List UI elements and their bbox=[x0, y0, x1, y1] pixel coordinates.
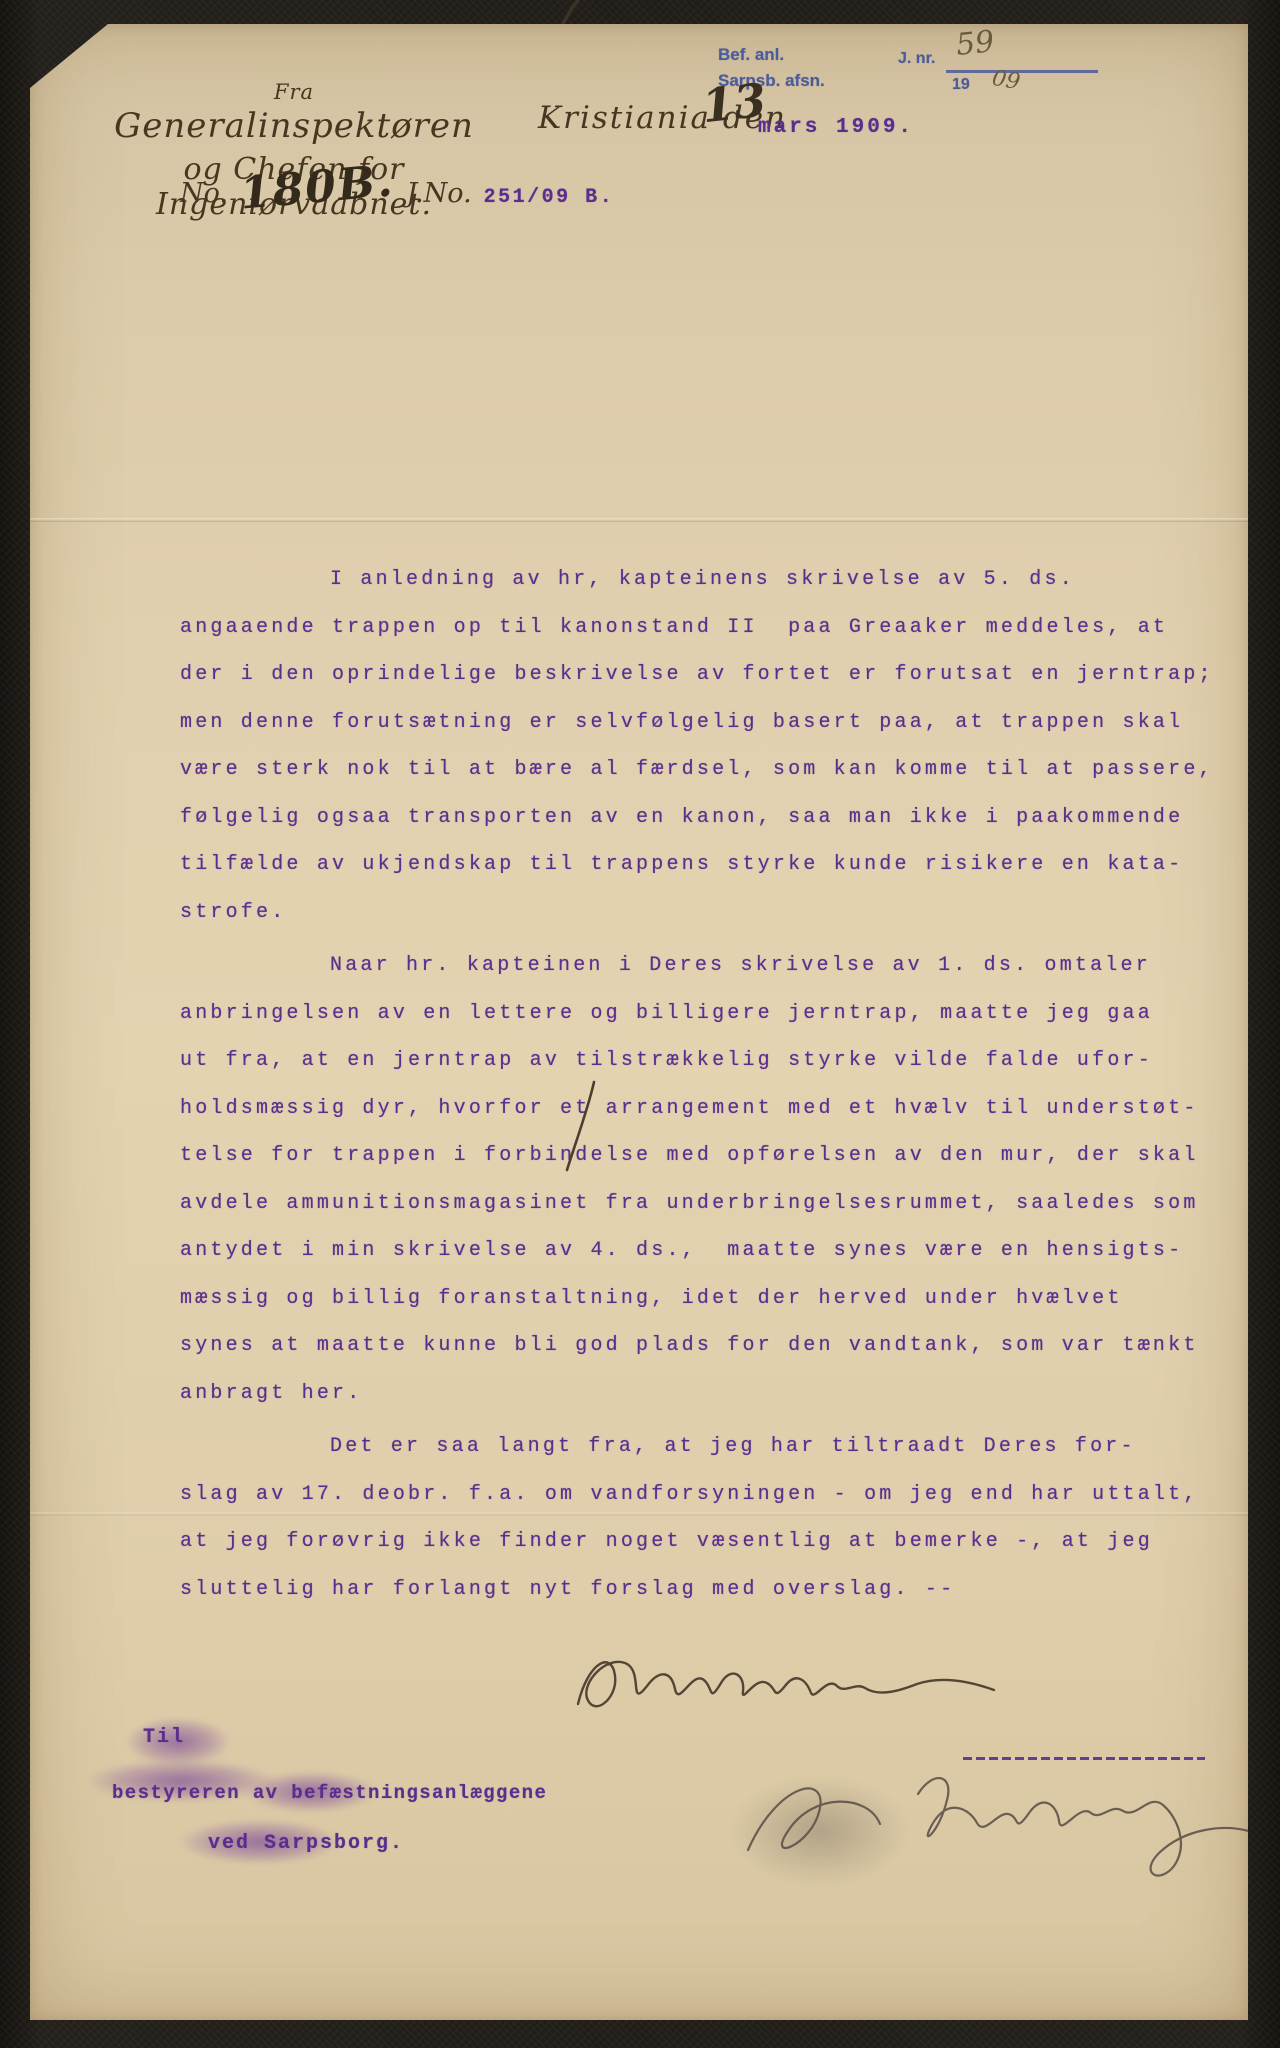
body-line: tilfælde av ukjendskap til trappens styr… bbox=[180, 841, 1250, 889]
letterhead-jno-label: J.No. bbox=[406, 178, 471, 209]
body-line: Naar hr. kapteinen i Deres skrivelse av … bbox=[180, 942, 1250, 990]
body-line: anbringelsen av en lettere og billigere … bbox=[180, 990, 1250, 1038]
scan-background: Bef. anl. Sarpsb. afsn. J. nr. 59 19 09 … bbox=[0, 0, 1280, 2048]
body-line: være sterk nok til at bære al færdsel, s… bbox=[180, 746, 1250, 794]
body-line: mæssig og billig foranstaltning, idet de… bbox=[180, 1275, 1250, 1323]
letterhead-jno-value-typed: 251/09 B. bbox=[484, 186, 615, 209]
dateline-typed: mars 1909. bbox=[758, 116, 914, 139]
journal-number-handwritten: 59 bbox=[954, 24, 996, 63]
letter-body: I anledning av hr, kapteinens skrivelse … bbox=[180, 556, 1250, 1613]
stamp-line1: Bef. anl. bbox=[718, 42, 825, 68]
journal-year-handwritten: 09 bbox=[990, 66, 1022, 95]
body-line: anbragt her. bbox=[180, 1370, 1250, 1418]
letter-page: Bef. anl. Sarpsb. afsn. J. nr. 59 19 09 … bbox=[30, 24, 1248, 2020]
letterhead-from: Fra bbox=[44, 80, 544, 104]
journal-number-underline bbox=[946, 70, 1098, 73]
body-line: Det er saa langt fra, at jeg har tiltraa… bbox=[180, 1423, 1250, 1471]
body-line: telse for trappen i forbindelse med opfø… bbox=[180, 1132, 1250, 1180]
body-line: avdele ammunitionsmagasinet fra underbri… bbox=[180, 1180, 1250, 1228]
pen-correction-mark bbox=[563, 1079, 599, 1173]
journal-number-label: J. nr. bbox=[898, 50, 935, 68]
body-line: angaaende trappen op til kanonstand II p… bbox=[180, 604, 1250, 652]
body-line: at jeg forøvrig ikke finder noget væsent… bbox=[180, 1518, 1250, 1566]
body-line: slag av 17. deobr. f.a. om vandforsyning… bbox=[180, 1471, 1250, 1519]
letterhead-organization-line1: Generalinspektøren bbox=[44, 106, 544, 146]
body-line: antydet i min skrivelse av 4. ds., maatt… bbox=[180, 1227, 1250, 1275]
letterhead-no-label: No. bbox=[180, 178, 228, 209]
closing-place-line: ved Sarpsborg. bbox=[208, 1832, 404, 1855]
letterhead-no-value-handwritten: 180B. bbox=[238, 159, 396, 216]
body-line: men denne forutsætning er selvfølgelig b… bbox=[180, 699, 1250, 747]
body-line: følgelig ogsaa transporten av en kanon, … bbox=[180, 794, 1250, 842]
body-line: sluttelig har forlangt nyt forslag med o… bbox=[180, 1566, 1250, 1614]
body-line: holdsmæssig dyr, hvorfor et arrangement … bbox=[180, 1085, 1250, 1133]
body-line: I anledning av hr, kapteinens skrivelse … bbox=[180, 556, 1250, 604]
body-line: synes at maatte kunne bli god plads for … bbox=[180, 1322, 1250, 1370]
signature-pencil bbox=[718, 1752, 1263, 1892]
signature-ink bbox=[558, 1624, 998, 1736]
closing-addressee-line: bestyreren av befæstningsanlæggene bbox=[112, 1782, 547, 1804]
body-line: ut fra, at en jerntrap av tilstrækkelig … bbox=[180, 1037, 1250, 1085]
journal-year-printed: 19 bbox=[952, 76, 970, 94]
body-line: strofe. bbox=[180, 889, 1250, 937]
body-line: der i den oprindelige beskrivelse av for… bbox=[180, 651, 1250, 699]
closing-to-label: Til bbox=[143, 1726, 185, 1749]
fold-crease-upper bbox=[30, 518, 1248, 522]
letterhead-number-line: No. 180B. J.No. 251/09 B. bbox=[180, 166, 614, 210]
